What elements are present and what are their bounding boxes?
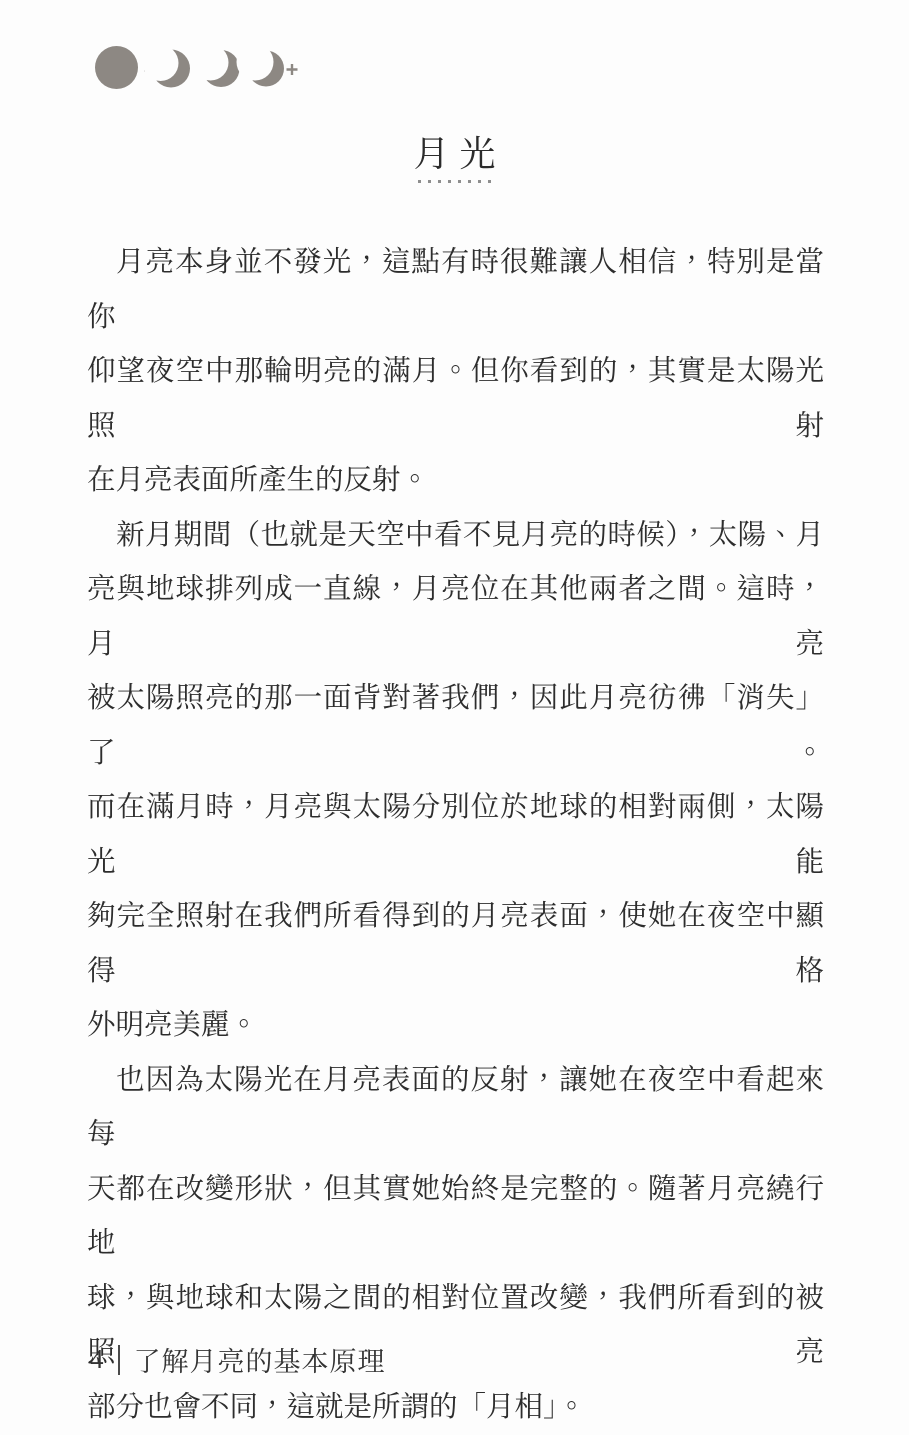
title-block: 月光 <box>0 133 909 183</box>
body-text: 月亮本身並不發光，這點有時很難讓人相信，特別是當你 仰望夜空中那輪明亮的滿月。但… <box>87 236 824 1435</box>
text-line: 夠完全照射在我們所看得到的月亮表面，使她在夜空中顯得格 <box>87 890 824 999</box>
text-line: 仰望夜空中那輪明亮的滿月。但你看到的，其實是太陽光照射 <box>87 345 824 454</box>
text-line: 外明亮美麗。 <box>87 999 824 1054</box>
page-footer: 4 了解月亮的基本原理 <box>90 1340 386 1379</box>
book-page: 月光 月亮本身並不發光，這點有時很難讓人相信，特別是當你 仰望夜空中那輪明亮的滿… <box>0 0 909 1435</box>
page-number: 4 <box>90 1344 104 1375</box>
text-line: 也因為太陽光在月亮表面的反射，讓她在夜空中看起來每 <box>87 1054 824 1163</box>
paragraph: 月亮本身並不發光，這點有時很難讓人相信，特別是當你 仰望夜空中那輪明亮的滿月。但… <box>87 236 824 509</box>
text-line: 新月期間（也就是天空中看不見月亮的時候），太陽、月 <box>87 509 824 564</box>
text-line: 月亮本身並不發光，這點有時很難讓人相信，特別是當你 <box>87 236 824 345</box>
text-line: 天都在改變形狀，但其實她始終是完整的。隨著月亮繞行地 <box>87 1163 824 1272</box>
moon-phases-icon <box>95 44 307 94</box>
footer-divider <box>118 1345 120 1375</box>
footer-chapter-title: 了解月亮的基本原理 <box>134 1340 386 1379</box>
title-underline-dots <box>0 180 909 183</box>
text-line: 亮與地球排列成一直線，月亮位在其他兩者之間。這時，月亮 <box>87 563 824 672</box>
text-line: 而在滿月時，月亮與太陽分別位於地球的相對兩側，太陽光能 <box>87 781 824 890</box>
text-line: 在月亮表面所產生的反射。 <box>87 454 824 509</box>
text-line: 部分也會不同，這就是所謂的「月相」。 <box>87 1381 824 1435</box>
page-title: 月光 <box>0 133 909 175</box>
paragraph: 新月期間（也就是天空中看不見月亮的時候），太陽、月 亮與地球排列成一直線，月亮位… <box>87 509 824 1054</box>
text-line: 被太陽照亮的那一面背對著我們，因此月亮彷彿「消失」了。 <box>87 672 824 781</box>
